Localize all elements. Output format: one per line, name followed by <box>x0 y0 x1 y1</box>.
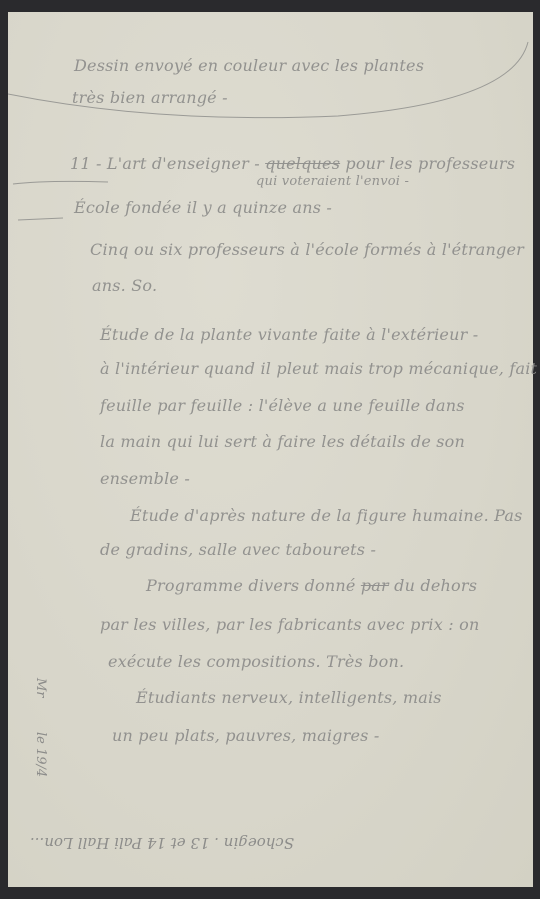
section-11-line-4: ans. So. <box>92 276 157 295</box>
paragraph-1-line-1: Étude de la plante vivante faite à l'ext… <box>100 325 478 344</box>
paragraph-2-line-1: Étude d'après nature de la figure humain… <box>130 506 523 525</box>
manuscript-page: Dessin envoyé en couleur avec les plante… <box>8 12 533 887</box>
section-11-heading: 11 - L'art d'enseigner - quelques pour l… <box>70 154 515 173</box>
p3-text-b: du dehors <box>394 576 477 595</box>
section-11-line-2: École fondée il y a quinze ans - <box>74 198 332 217</box>
paragraph-3-line-3: exécute les compositions. Très bon. <box>108 652 404 671</box>
paragraph-3-line-1: Programme divers donné par du dehors <box>146 576 477 595</box>
heading-text: 11 - L'art d'enseigner - <box>70 154 260 173</box>
section-11-line-3: Cinq ou six professeurs à l'école formés… <box>90 240 524 259</box>
paragraph-4-line-2: un peu plats, pauvres, maigres - <box>112 726 379 745</box>
paragraph-1-line-4: la main qui lui sert à faire les détails… <box>100 432 465 451</box>
paragraph-1-line-2: à l'intérieur quand il pleut mais trop m… <box>100 359 537 378</box>
top-line-2: très bien arrangé - <box>72 88 228 107</box>
top-line-1: Dessin envoyé en couleur avec les plante… <box>74 56 424 75</box>
upside-down-footer: Schoegin . 13 et 14 Pali Hall Lon... <box>30 834 294 852</box>
paragraph-1-line-5: ensemble - <box>100 469 190 488</box>
margin-note-2: le 19/4 <box>33 732 48 777</box>
section-11-sub: qui voteraient l'envoi - <box>256 174 409 189</box>
struck-word: quelques <box>265 154 340 173</box>
heading-continued: pour les professeurs <box>345 154 515 173</box>
paragraph-1-line-3: feuille par feuille : l'élève a une feui… <box>100 396 465 415</box>
paragraph-2-line-2: de gradins, salle avec tabourets - <box>100 540 376 559</box>
paragraph-4-line-1: Étudiants nerveux, intelligents, mais <box>136 688 442 707</box>
margin-note-1: Mr <box>33 678 48 698</box>
p3-text-a: Programme divers donné <box>146 576 356 595</box>
paragraph-3-line-2: par les villes, par les fabricants avec … <box>100 615 479 634</box>
p3-struck-word: par <box>361 576 389 595</box>
